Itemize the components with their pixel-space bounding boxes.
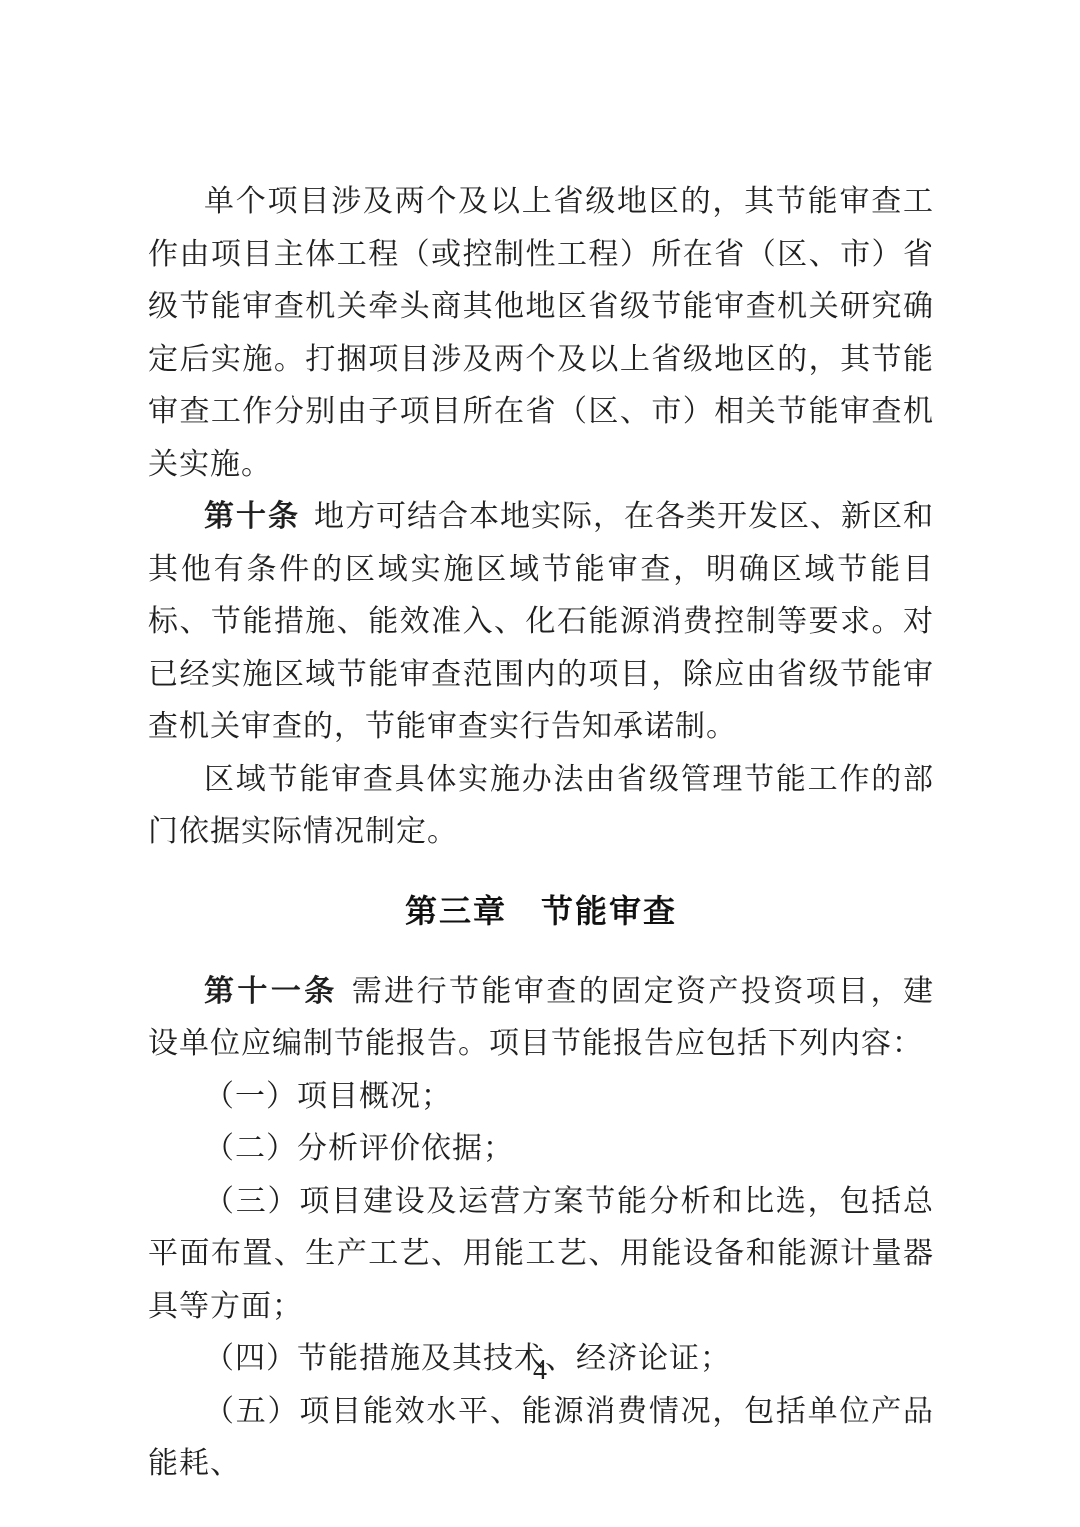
list-item-text: （二）分析评价依据；	[204, 1132, 514, 1165]
list-item-3: （三）项目建设及运营方案节能分析和比选，包括总平面布置、生产工艺、用能工艺、用能…	[148, 1176, 934, 1334]
list-item-2: （二）分析评价依据；	[148, 1123, 934, 1176]
article-10-number: 第十条	[204, 500, 300, 533]
list-item-text: （三）项目建设及运营方案节能分析和比选，包括总平面布置、生产工艺、用能工艺、用能…	[148, 1185, 934, 1323]
document-page: 单个项目涉及两个及以上省级地区的，其节能审查工作由项目主体工程（或控制性工程）所…	[0, 0, 1080, 1527]
article-11-number: 第十一条	[204, 975, 338, 1008]
list-item-text: （五）项目能效水平、能源消费情况，包括单位产品能耗、	[148, 1395, 934, 1481]
paragraph-text: 单个项目涉及两个及以上省级地区的，其节能审查工作由项目主体工程（或控制性工程）所…	[148, 185, 934, 481]
paragraph-text: 地方可结合本地实际，在各类开发区、新区和其他有条件的区域实施区域节能审查，明确区…	[148, 500, 934, 743]
chapter-heading: 第三章 节能审查	[148, 885, 934, 938]
paragraph-text: 区域节能审查具体实施办法由省级管理节能工作的部门依据实际情况制定。	[148, 763, 934, 849]
paragraph-article-10: 第十条地方可结合本地实际，在各类开发区、新区和其他有条件的区域实施区域节能审查，…	[148, 491, 934, 754]
list-item-1: （一）项目概况；	[148, 1071, 934, 1124]
paragraph-regional-measures: 区域节能审查具体实施办法由省级管理节能工作的部门依据实际情况制定。	[148, 754, 934, 859]
list-item-text: （一）项目概况；	[204, 1080, 452, 1113]
document-content: 单个项目涉及两个及以上省级地区的，其节能审查工作由项目主体工程（或控制性工程）所…	[148, 176, 934, 1491]
paragraph-cross-province: 单个项目涉及两个及以上省级地区的，其节能审查工作由项目主体工程（或控制性工程）所…	[148, 176, 934, 491]
paragraph-article-11: 第十一条需进行节能审查的固定资产投资项目，建设单位应编制节能报告。项目节能报告应…	[148, 966, 934, 1071]
list-item-5: （五）项目能效水平、能源消费情况，包括单位产品能耗、	[148, 1386, 934, 1491]
page-number: 4	[0, 1354, 1080, 1388]
